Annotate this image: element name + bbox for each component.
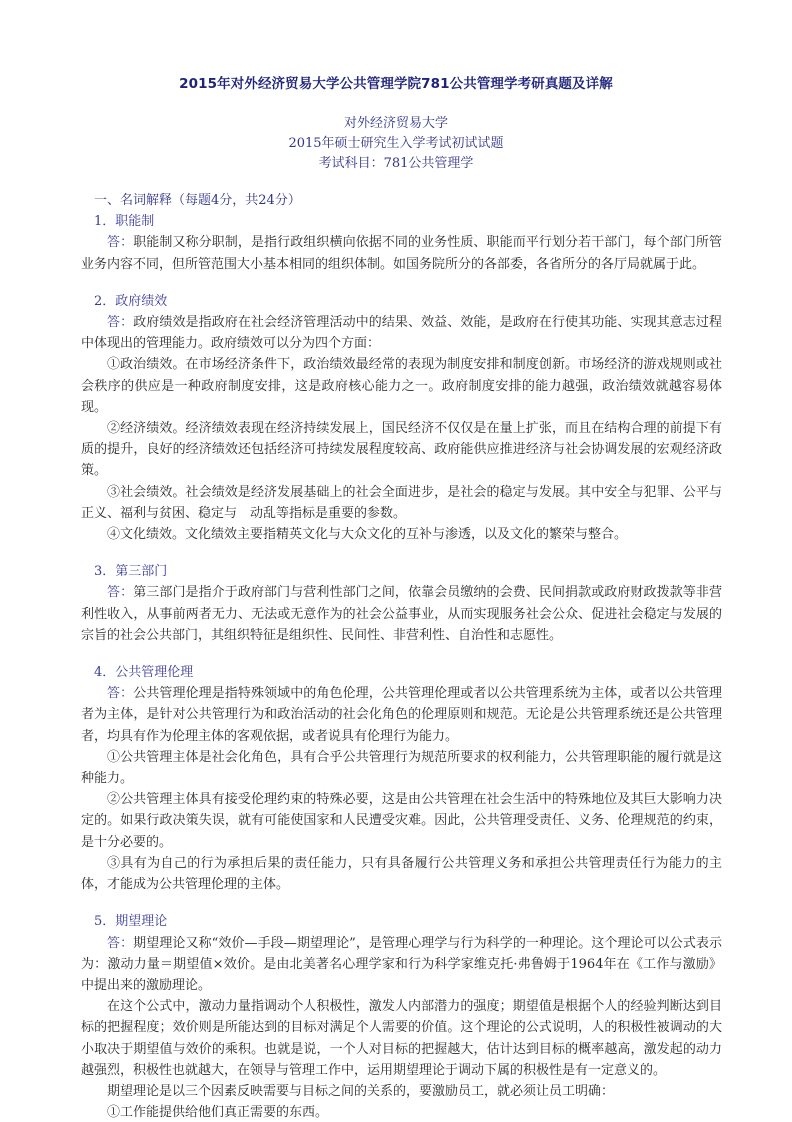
question-heading: 1．职能制 [94,211,722,232]
answer-text: 政府绩效是指政府在社会经济管理活动中的结果、效益、效能，是政府在行使其功能、实现… [81,315,722,351]
answer-paragraph: ①公共管理主体是社会化角色，具有合乎公共管理行为规范所要求的权利能力，公共管理职… [81,747,722,789]
answer-paragraph: ①工作能提供给他们真正需要的东西。 [81,1102,722,1122]
answer-paragraph: ②经济绩效。经济绩效表现在经济持续发展上，国民经济不仅仅是在量上扩张，而且在结构… [81,418,722,482]
answer-paragraph: 答：职能制又称分职制，是指行政组织横向依据不同的业务性质、职能而平行划分若干部门… [81,232,722,274]
answer-paragraph: ③具有为自己的行为承担后果的责任能力，只有具备履行公共管理义务和承担公共管理责任… [81,853,722,895]
answer-paragraph: 答：公共管理伦理是指特殊领域中的角色伦理，公共管理伦理或者以公共管理系统为主体，… [81,683,722,747]
answer-paragraph: ①政治绩效。在市场经济条件下，政治绩效最经常的表现为制度安排和制度创新。市场经济… [81,354,722,418]
section-heading: 一、名词解释（每题4分，共24分） [94,190,722,211]
document-page: 2015年对外经济贸易大学公共管理学院781公共管理学考研真题及详解 对外经济贸… [0,0,792,1122]
question-heading: 3．第三部门 [94,561,722,582]
exam-subject: 考试科目：781公共管理学 [0,152,792,171]
answer-label: 答： [107,585,133,600]
answer-paragraph: 答：政府绩效是指政府在社会经济管理活动中的结果、效益、效能，是政府在行使其功能、… [81,312,722,354]
document-body: 一、名词解释（每题4分，共24分） 1．职能制 答：职能制又称分职制，是指行政组… [81,190,722,1122]
exam-name: 2015年硕士研究生入学考试初试试题 [0,132,792,151]
answer-text: 期望理论又称“效价—手段—期望理论”，是管理心理学与行为科学的一种理论。这个理论… [81,936,722,993]
answer-label: 答： [107,936,133,951]
question-heading: 2．政府绩效 [94,291,722,312]
document-title: 2015年对外经济贸易大学公共管理学院781公共管理学考研真题及详解 [0,72,792,92]
answer-paragraph: ②公共管理主体具有接受伦理约束的特殊必要，这是由公共管理在社会生活中的特殊地位及… [81,789,722,853]
answer-paragraph: 期望理论是以三个因素反映需要与目标之间的关系的，要激励员工，就必须让员工明确： [81,1081,722,1102]
answer-paragraph: 答：第三部门是指介于政府部门与营利性部门之间，依靠会员缴纳的会费、民间捐款或政府… [81,582,722,646]
answer-text: 公共管理伦理是指特殊领域中的角色伦理，公共管理伦理或者以公共管理系统为主体，或者… [81,686,722,743]
answer-label: 答： [107,686,133,701]
answer-text: 职能制又称分职制，是指行政组织横向依据不同的业务性质、职能而平行划分若干部门，每… [81,235,722,271]
answer-paragraph: 答：期望理论又称“效价—手段—期望理论”，是管理心理学与行为科学的一种理论。这个… [81,933,722,997]
answer-paragraph: ③社会绩效。社会绩效是经济发展基础上的社会全面进步，是社会的稳定与发展。其中安全… [81,482,722,524]
answer-paragraph: ④文化绩效。文化绩效主要指精英文化与大众文化的互补与渗透，以及文化的繁荣与整合。 [81,524,722,545]
answer-label: 答： [107,315,133,330]
answer-text: 第三部门是指介于政府部门与营利性部门之间，依靠会员缴纳的会费、民间捐款或政府财政… [81,585,722,642]
answer-label: 答： [107,235,133,250]
university-name: 对外经济贸易大学 [0,112,792,131]
answer-paragraph: 在这个公式中，激动力量指调动个人积极性，激发人内部潜力的强度；期望值是根据个人的… [81,996,722,1081]
question-heading: 5．期望理论 [94,911,722,932]
question-heading: 4．公共管理伦理 [94,662,722,683]
